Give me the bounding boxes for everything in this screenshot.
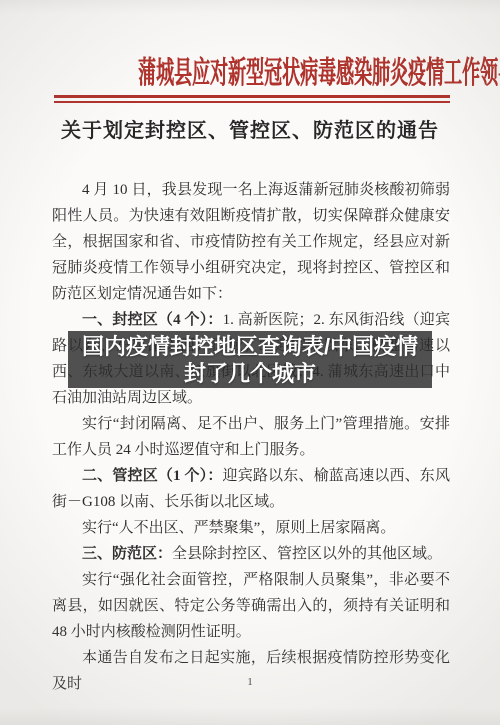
paragraph-text: 4 月 10 日，我县发现一名上海返蒲新冠肺炎核酸初筛弱阳性人员。为快速有效阻断…: [52, 182, 450, 302]
notice-paragraph: 本通告自发布之日起实施，后续根据疫情防控形势变化及时: [52, 645, 450, 697]
page-number: 1: [0, 676, 500, 688]
notice-paragraph: 实行“封闭隔离、足不出户、服务上门”管理措施。安排工作人员 24 小时巡逻值守和…: [52, 411, 450, 463]
notice-title: 关于划定封控区、管控区、防范区的通告: [0, 119, 500, 143]
banner-double-rule: [54, 95, 450, 103]
paragraph-lead: 三、防范区：: [82, 546, 172, 562]
paragraph-text: 实行“人不出区、严禁聚集”，原则上居家隔离。: [82, 520, 395, 536]
caption-line-2: 封了几个城市: [68, 360, 432, 387]
paragraph-text: 全县除封控区、管控区以外的其他区域。: [172, 546, 442, 562]
notice-paragraph: 4 月 10 日，我县发现一名上海返蒲新冠肺炎核酸初筛弱阳性人员。为快速有效阻断…: [52, 177, 450, 307]
notice-paragraph: 二、管控区（1 个）：迎宾路以东、榆蓝高速以西、东风街－G108 以南、长乐街以…: [52, 463, 450, 515]
paragraph-lead: 二、管控区（1 个）：: [82, 468, 223, 484]
paragraph-text: 实行“封闭隔离、足不出户、服务上门”管理措施。安排工作人员 24 小时巡逻值守和…: [52, 416, 450, 458]
notice-paragraph: 三、防范区：全县除封控区、管控区以外的其他区域。: [52, 541, 450, 567]
notice-body: 4 月 10 日，我县发现一名上海返蒲新冠肺炎核酸初筛弱阳性人员。为快速有效阻断…: [52, 177, 450, 697]
notice-paragraph: 实行“强化社会面管控，严格限制人员聚集”，非必要不离县，如因就医、特定公务等确需…: [52, 567, 450, 645]
document-photo: 蒲城县应对新型冠状病毒感染肺炎疫情工作领导小组 关于划定封控区、管控区、防范区的…: [0, 0, 500, 725]
caption-overlay: 国内疫情封控地区查询表/中国疫情 封了几个城市: [68, 331, 432, 388]
paragraph-text: 实行“强化社会面管控，严格限制人员聚集”，非必要不离县，如因就医、特定公务等确需…: [52, 572, 450, 640]
issuer-banner: 蒲城县应对新型冠状病毒感染肺炎疫情工作领导小组: [0, 57, 500, 91]
issuer-banner-text: 蒲城县应对新型冠状病毒感染肺炎疫情工作领导小组: [138, 57, 500, 92]
caption-line-1: 国内疫情封控地区查询表/中国疫情: [68, 333, 432, 360]
paragraph-lead: 一、封控区（4 个）：: [82, 312, 223, 328]
notice-paragraph: 实行“人不出区、严禁聚集”，原则上居家隔离。: [52, 515, 450, 541]
